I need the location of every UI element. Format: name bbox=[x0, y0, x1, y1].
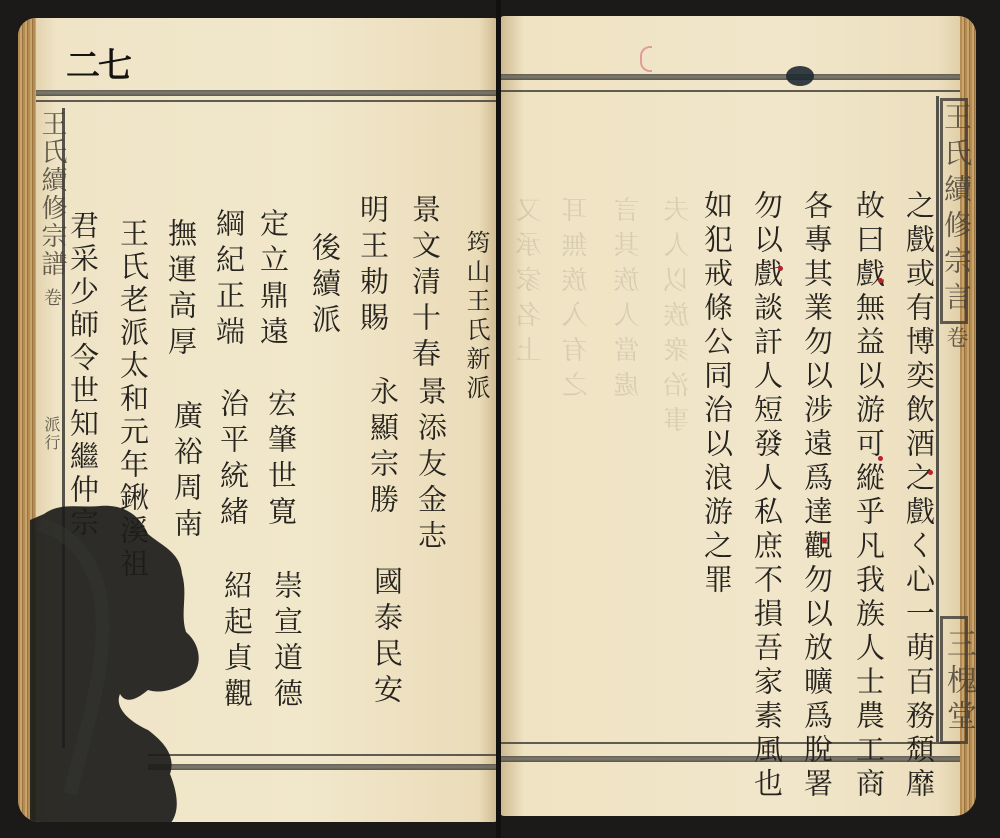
generation-names: 景文清十春 bbox=[410, 194, 439, 374]
show-through-text: 言其族人當處 bbox=[610, 196, 647, 406]
top-border-thin bbox=[500, 90, 960, 92]
bottom-border-thin bbox=[500, 742, 960, 744]
generation-names: 宏肇世寛 bbox=[266, 388, 295, 532]
generation-names: 撫運高厚 bbox=[166, 218, 195, 362]
left-margin-section: 卷 bbox=[38, 288, 64, 308]
text-column: 勿以戲談訐人短發人私庶不損吾家素風也 bbox=[752, 190, 781, 802]
text-column: 各專其業勿以涉遠爲達觀勿以放曠爲脫署 bbox=[802, 190, 831, 802]
red-punctuation-mark bbox=[878, 278, 883, 283]
show-through-text: 耳無族入有之 bbox=[558, 196, 595, 406]
right-margin-section: 卷 bbox=[940, 326, 971, 350]
red-punctuation-mark bbox=[778, 266, 783, 271]
left-margin-subsection: 派行 bbox=[40, 416, 63, 452]
hall-name: 三槐堂 bbox=[936, 628, 976, 736]
continued-lineage-label: 後續派 bbox=[310, 232, 339, 340]
red-punctuation-mark bbox=[822, 538, 827, 543]
top-border-thin bbox=[36, 100, 498, 102]
top-border-thick bbox=[500, 74, 960, 80]
generation-names: 治平統緒 bbox=[218, 388, 247, 532]
red-seal-mark bbox=[640, 46, 652, 72]
top-border-thick bbox=[36, 90, 498, 96]
text-column: 之戲或有博奕飲酒之戲く心一萌百務頹靡 bbox=[904, 190, 933, 802]
ink-stain bbox=[30, 494, 205, 822]
right-margin-title: 王氏續修宗言 bbox=[936, 102, 976, 318]
book-gutter bbox=[496, 0, 501, 838]
generation-names: 定立鼎遠 bbox=[258, 208, 287, 352]
generation-names: 景添友金志 bbox=[416, 376, 445, 556]
generation-names: 國泰民安 bbox=[372, 566, 401, 710]
left-page: 二七 王氏續修宗譜 卷 派行 筠山王氏新派 景文清十春 景添友金志 明王勅賜 永… bbox=[18, 18, 498, 822]
ink-blot bbox=[786, 66, 814, 86]
generation-names: 崇宣道德 bbox=[272, 570, 301, 714]
page-number: 二七 bbox=[66, 38, 130, 87]
bottom-border-thick bbox=[500, 756, 960, 762]
text-column: 如犯戒條公同治以浪游之罪 bbox=[702, 190, 731, 598]
generation-names: 紹起貞觀 bbox=[222, 570, 251, 714]
red-punctuation-mark bbox=[928, 470, 933, 475]
old-lineage-line: 君采少師令世知繼仲宗 bbox=[68, 210, 97, 540]
show-through-text: 夫人以族衆治事 bbox=[660, 196, 697, 441]
right-page: 王氏續修宗言 卷 三槐堂 夫人以族衆治事 言其族人當處 耳無族入有之 又承家名上… bbox=[500, 16, 976, 816]
show-through-text: 又承家名上 bbox=[512, 196, 549, 371]
generation-names: 明王勅賜 bbox=[358, 194, 387, 338]
generation-names: 綱紀正端 bbox=[214, 208, 243, 352]
generation-names: 永顯宗勝 bbox=[368, 376, 397, 520]
red-punctuation-mark bbox=[878, 456, 883, 461]
lineage-heading: 筠山王氏新派 bbox=[464, 230, 488, 404]
